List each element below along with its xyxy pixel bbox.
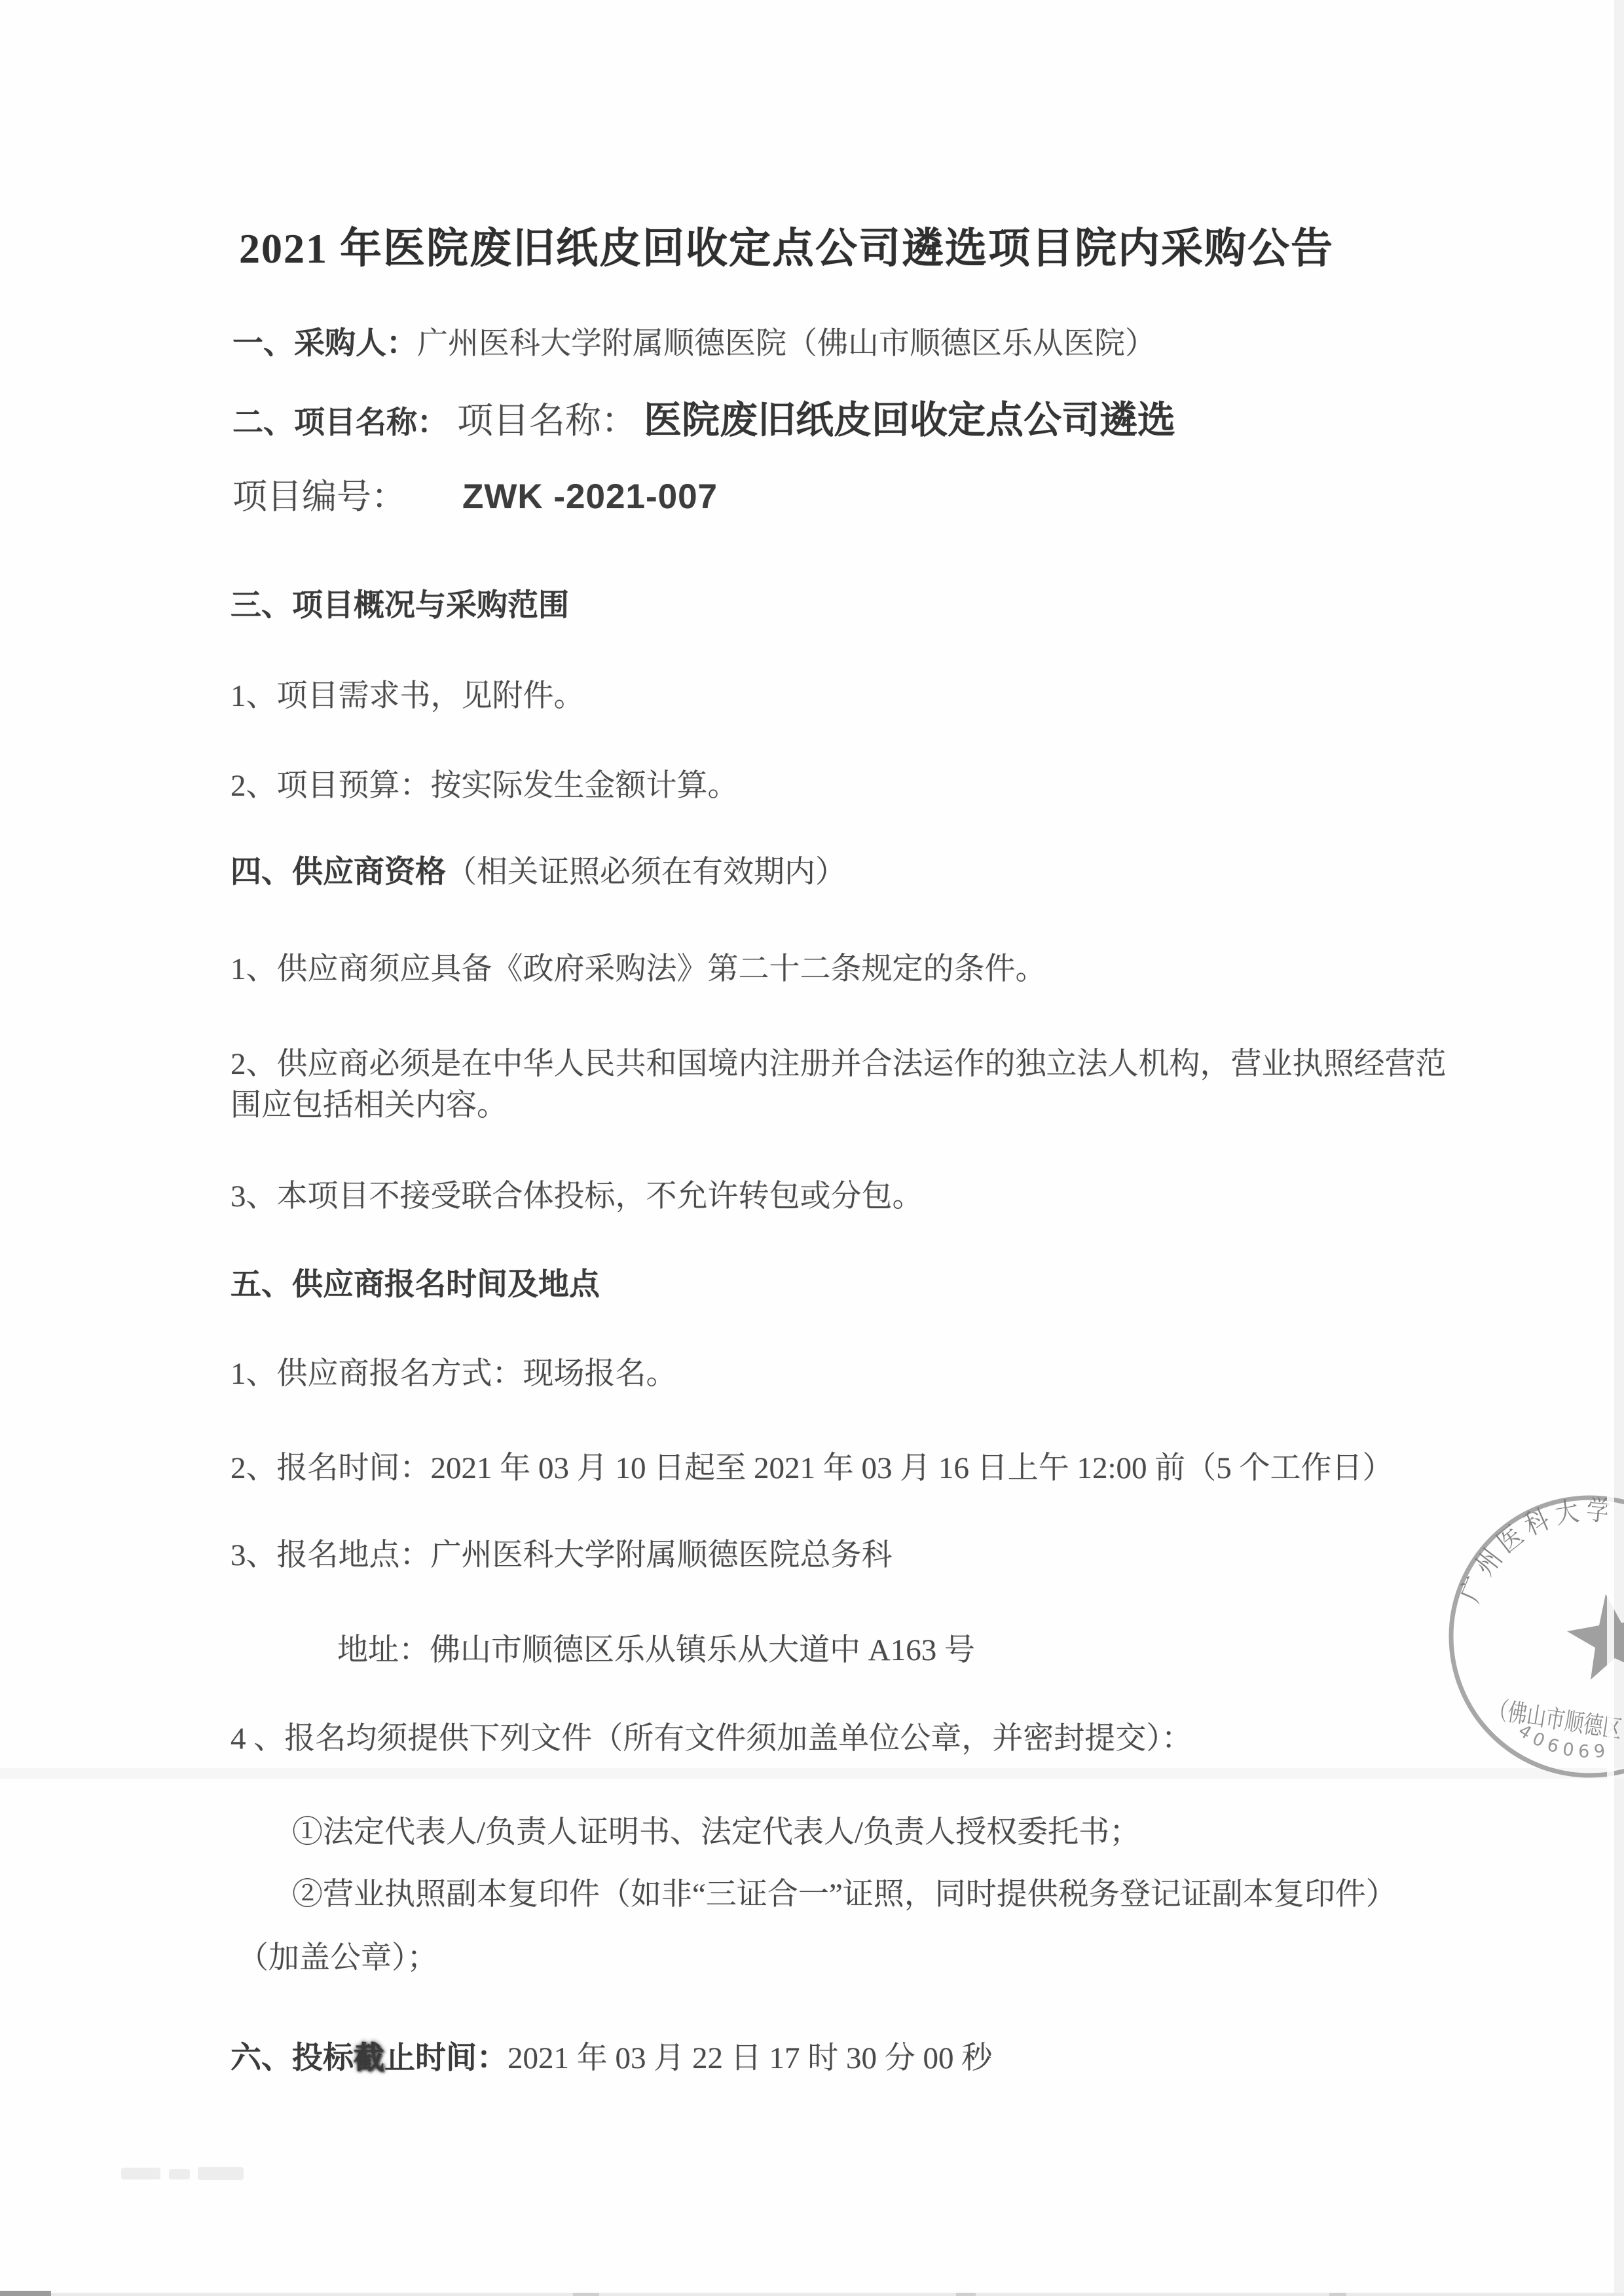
qualification-heading-line: 四、供应商资格（相关证照必须在有效期内） bbox=[231, 854, 846, 891]
scan-faint-band bbox=[0, 1768, 1624, 1779]
qualification-item-3: 3、本项目不接受联合体投标，不允许转包或分包。 bbox=[231, 1178, 923, 1215]
overview-item-2: 2、项目预算：按实际发生金额计算。 bbox=[231, 768, 739, 804]
project-number-line: 项目编号：ZWK -2021-007 bbox=[232, 476, 718, 519]
project-name-line: 二、项目名称：项目名称：医院废旧纸皮回收定点公司遴选 bbox=[232, 398, 1175, 443]
project-name-prefix: 项目名称： bbox=[457, 399, 637, 443]
deadline-line: 六、投标截止时间：2021 年 03 月 22 日 17 时 30 分 00 秒 bbox=[231, 2040, 992, 2077]
required-doc-2: ②营业执照副本复印件（如非“三证合一”证照，同时提供税务登记证副本复印件） bbox=[292, 1876, 1397, 1913]
svg-text:广州医科大学: 广州医科大学 bbox=[1454, 1494, 1617, 1607]
project-number-label: 项目编号： bbox=[232, 477, 406, 519]
qualification-item-2-line-2: 围应包括相关内容。 bbox=[231, 1087, 507, 1124]
project-number-value: ZWK -2021-007 bbox=[462, 476, 718, 518]
required-doc-2-continuation: （加盖公章）； bbox=[238, 1940, 438, 1976]
overview-heading: 三、项目概况与采购范围 bbox=[231, 587, 569, 624]
required-doc-1: ①法定代表人/负责人证明书、法定代表人/负责人授权委托书； bbox=[292, 1814, 1140, 1851]
hospital-round-seal-stamp: 广州医科大学 （佛山市顺德区 4060692 bbox=[1408, 1460, 1624, 1827]
registration-address: 地址：佛山市顺德区乐从镇乐从大道中 A163 号 bbox=[337, 1632, 975, 1669]
qualification-heading: 四、供应商资格 bbox=[231, 855, 446, 889]
scan-bottom-edge bbox=[0, 2293, 1624, 2296]
scan-bottom-tick bbox=[573, 2293, 599, 2296]
purchaser-value: 广州医科大学附属顺德医院（佛山市顺德区乐从医院） bbox=[417, 327, 1156, 361]
purchaser-line: 一、采购人：广州医科大学附属顺德医院（佛山市顺德区乐从医院） bbox=[232, 325, 1156, 362]
scanned-document-page: 2021 年医院废旧纸皮回收定点公司遴选项目院内采购公告 一、采购人：广州医科大… bbox=[0, 0, 1624, 2296]
page-title: 2021 年医院废旧纸皮回收定点公司遴选项目院内采购公告 bbox=[239, 215, 1334, 275]
scan-bottom-tick bbox=[956, 2293, 976, 2296]
registration-item-1: 1、供应商报名方式：现场报名。 bbox=[231, 1356, 677, 1392]
scan-right-edge-shadow bbox=[1614, 0, 1624, 2296]
registration-item-2: 2、报名时间：2021 年 03 月 10 日起至 2021 年 03 月 16… bbox=[231, 1450, 1393, 1487]
deadline-label-smudged-char: 截 bbox=[354, 2041, 384, 2075]
seal-star-icon bbox=[1567, 1594, 1624, 1680]
overview-item-1: 1、项目需求书，见附件。 bbox=[231, 678, 585, 714]
registration-item-4: 4 、报名均须提供下列文件（所有文件须加盖单位公章，并密封提交）： bbox=[231, 1720, 1192, 1757]
qualification-heading-note: （相关证照必须在有效期内） bbox=[446, 855, 846, 889]
seal-arc-text: 广州医科大学 bbox=[1454, 1494, 1617, 1607]
deadline-label-post: 止时间： bbox=[384, 2041, 507, 2075]
project-name-label: 二、项目名称： bbox=[232, 405, 448, 441]
registration-item-3: 3、报名地点：广州医科大学附属顺德医院总务科 bbox=[231, 1537, 893, 1574]
qualification-item-1: 1、供应商须应具备《政府采购法》第二十二条规定的条件。 bbox=[231, 951, 1046, 988]
scan-bottom-left-corner-mark bbox=[0, 2291, 51, 2296]
deadline-label-pre: 六、投标 bbox=[231, 2041, 354, 2075]
scan-smudge-mark bbox=[198, 2167, 244, 2180]
scan-smudge-mark bbox=[121, 2168, 160, 2179]
scan-smudge-mark bbox=[169, 2169, 190, 2179]
project-name-value: 医院废旧纸皮回收定点公司遴选 bbox=[644, 398, 1175, 443]
deadline-value: 2021 年 03 月 22 日 17 时 30 分 00 秒 bbox=[507, 2041, 992, 2075]
scan-crease-line bbox=[1607, 1487, 1614, 1781]
registration-heading: 五、供应商报名时间及地点 bbox=[231, 1267, 600, 1303]
scan-bottom-tick bbox=[1329, 2293, 1346, 2296]
qualification-item-2-line-1: 2、供应商必须是在中华人民共和国境内注册并合法运作的独立法人机构，营业执照经营范 bbox=[231, 1046, 1447, 1083]
purchaser-label: 一、采购人： bbox=[232, 327, 417, 361]
